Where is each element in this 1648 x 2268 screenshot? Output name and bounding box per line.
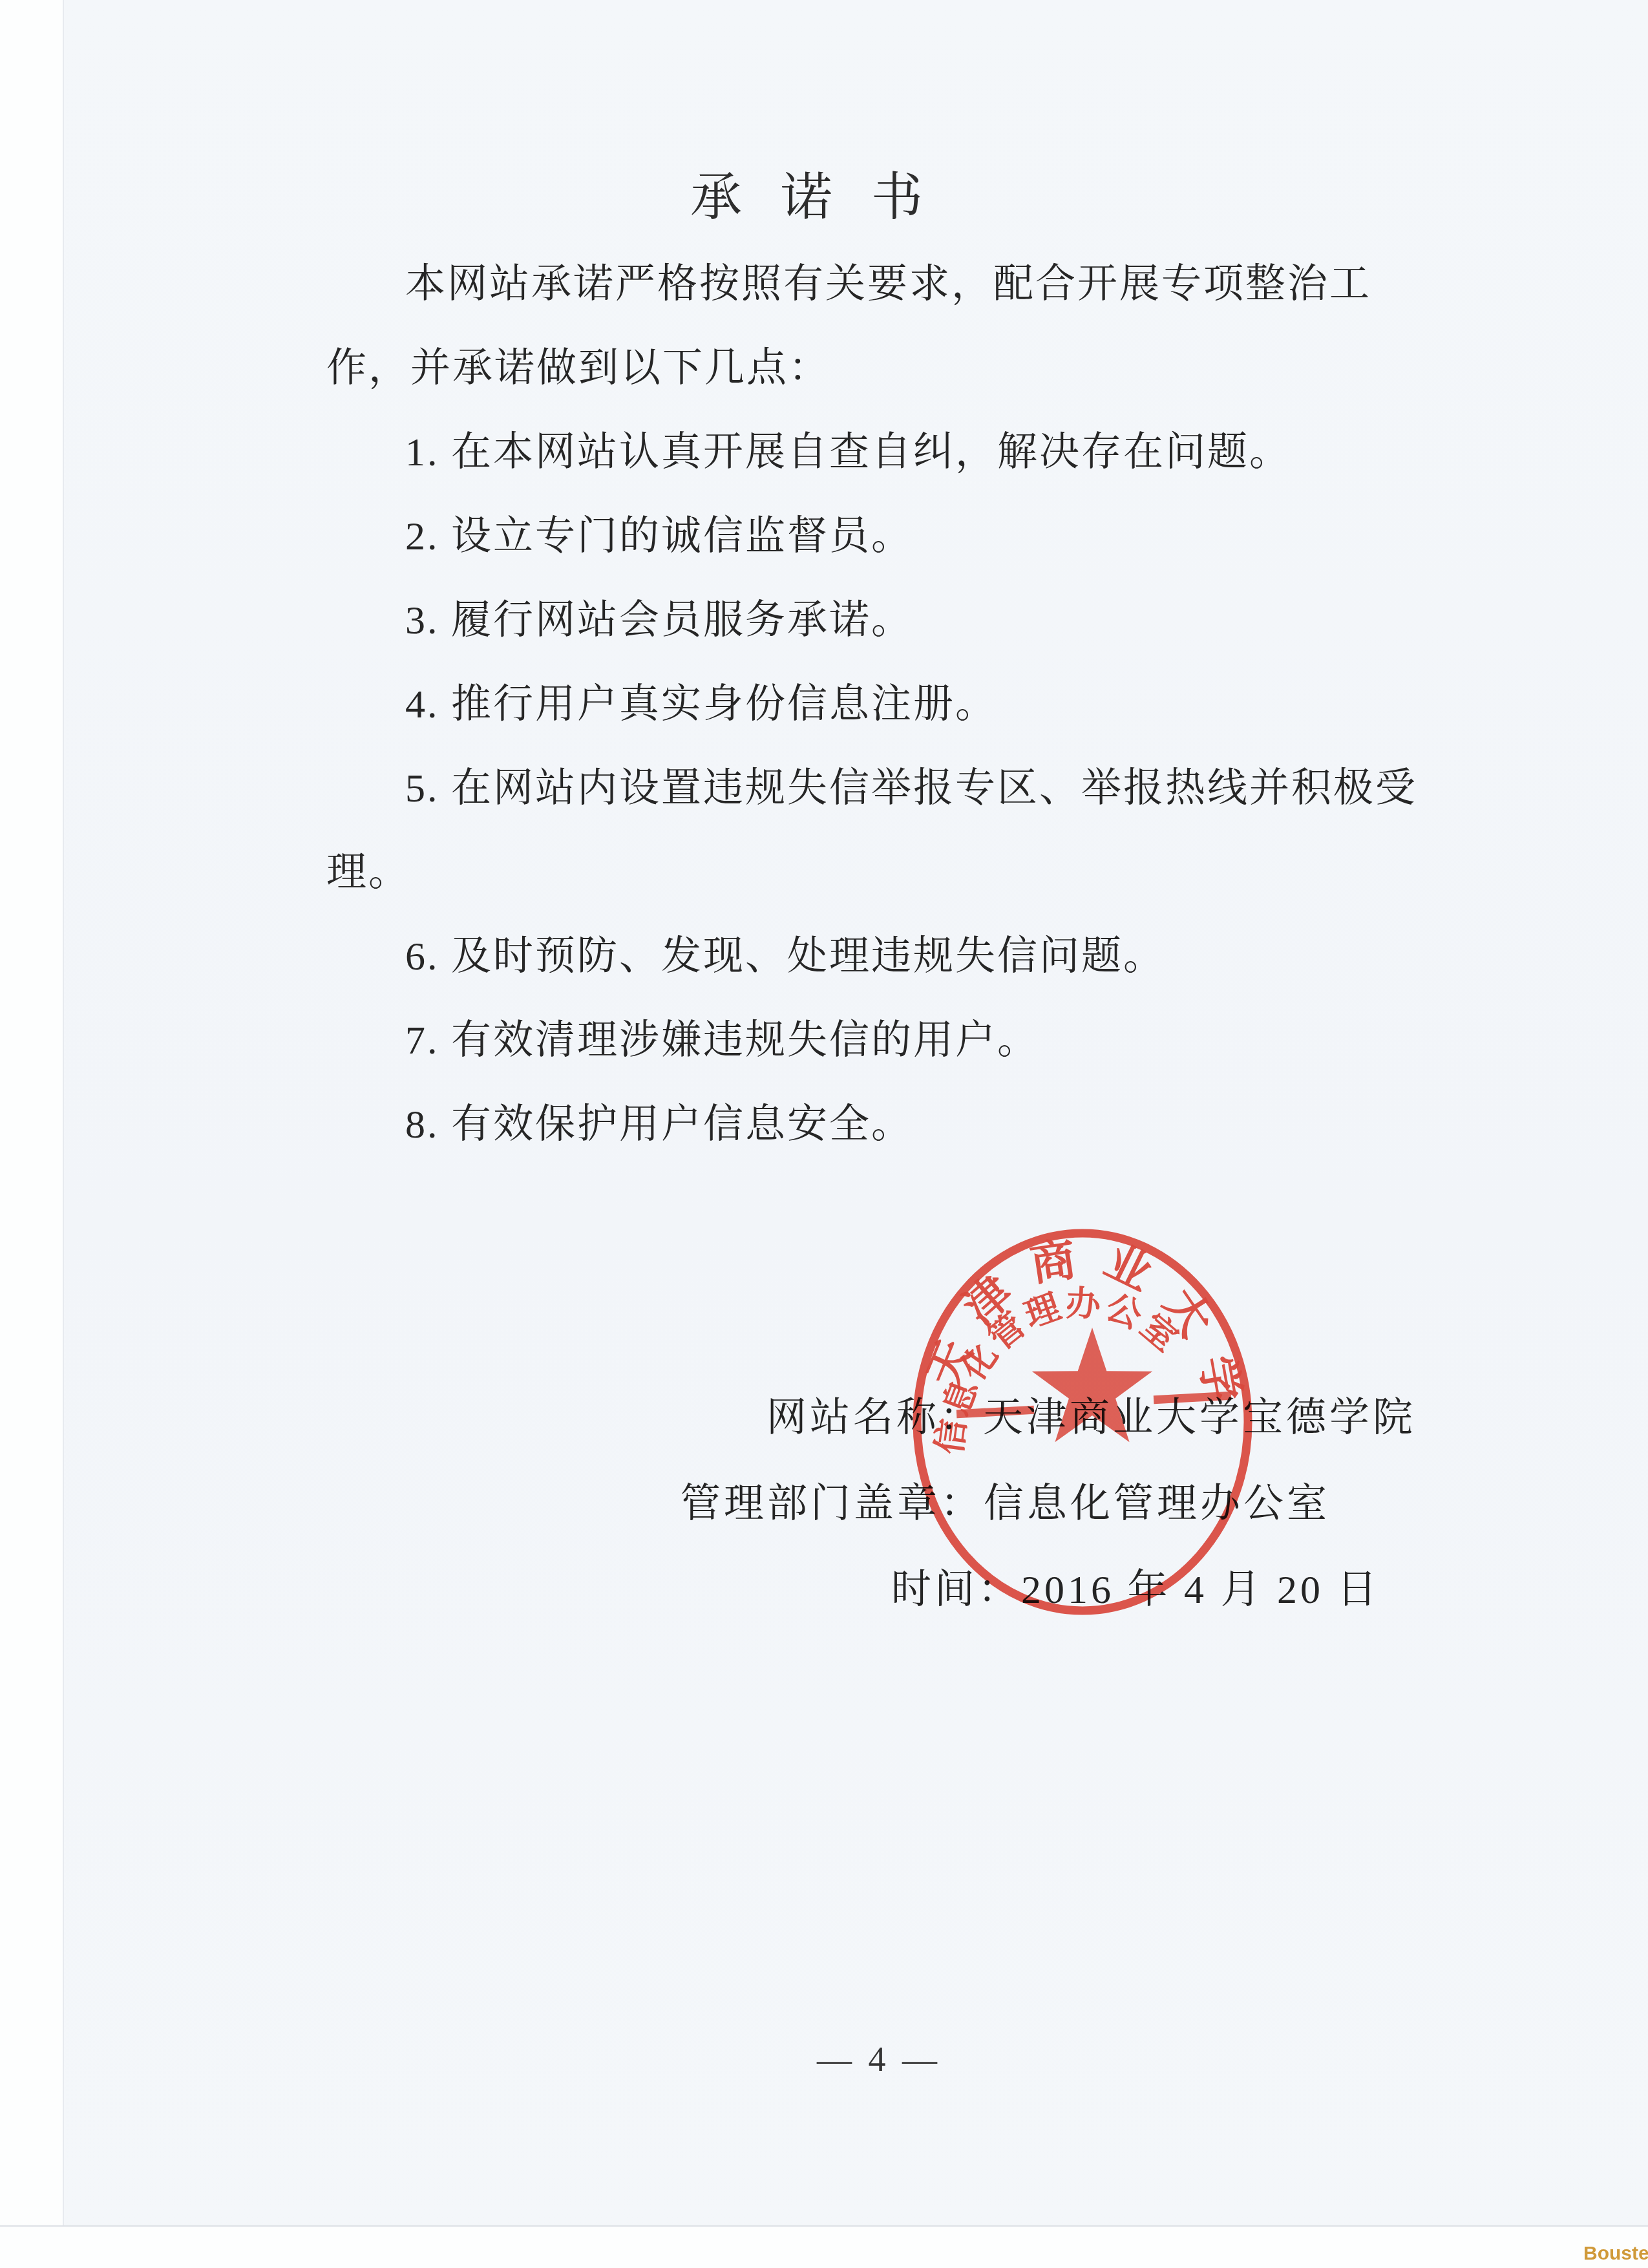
date-label: 时间：	[891, 1568, 1021, 1612]
page-number: — 4 —	[772, 2039, 986, 2079]
body-text: 本网站承诺严格按照有关要求，配合开展专项整治工作，并承诺做到以下几点：1. 在本…	[326, 238, 1444, 1162]
body-line: 作，并承诺做到以下几点：	[326, 322, 1444, 406]
body-line: 理。	[326, 826, 1444, 910]
paper-bottom-edge	[0, 2225, 1648, 2227]
signature-date-row: 时间：2016 年 4 月 20 日	[865, 1511, 1380, 1615]
paper-left-edge	[63, 0, 64, 2227]
body-line: 7. 有效清理涉嫌违规失信的用户。	[326, 994, 1444, 1078]
date-value: 2016 年 4 月 20 日	[1021, 1568, 1380, 1612]
body-line: 4. 推行用户真实身份信息注册。	[326, 658, 1444, 742]
body-line: 1. 在本网站认真开展自查自纠，解决存在问题。	[326, 406, 1444, 490]
body-line: 8. 有效保护用户信息安全。	[326, 1078, 1444, 1162]
page-title: 承 诺 书	[690, 155, 936, 229]
body-line: 3. 履行网站会员服务承诺。	[326, 574, 1444, 658]
body-line: 6. 及时预防、发现、处理违规失信问题。	[326, 910, 1444, 994]
body-line: 本网站承诺严格按照有关要求，配合开展专项整治工	[326, 238, 1444, 322]
body-line: 5. 在网站内设置违规失信举报专区、举报热线并积极受	[326, 742, 1444, 826]
body-line: 2. 设立专门的诚信监督员。	[326, 490, 1444, 574]
watermark-logo: Boustead	[1583, 2243, 1648, 2265]
